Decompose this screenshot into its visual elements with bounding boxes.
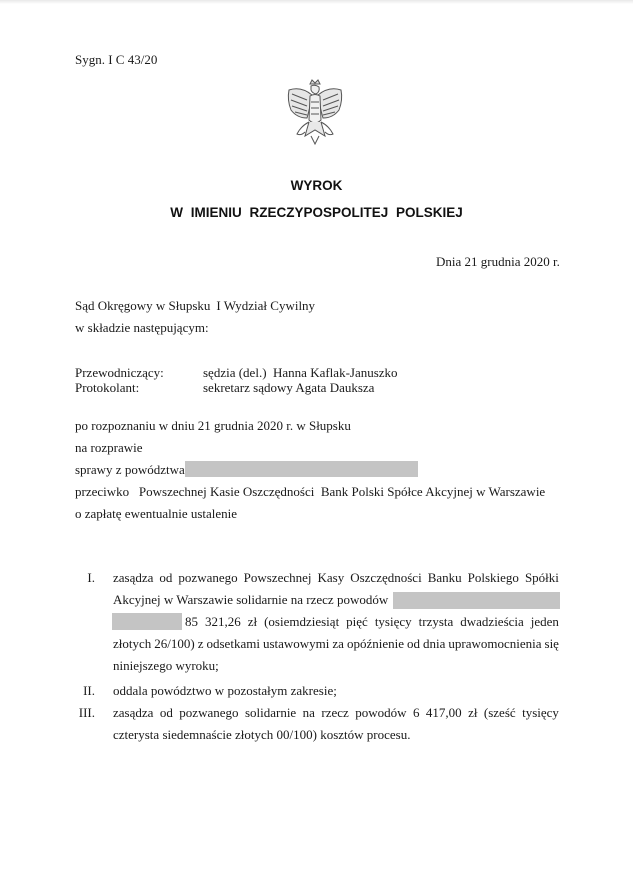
word: zł [468,705,477,721]
word: 321,26 [205,614,241,630]
composition-label: w składzie następującym: [75,320,209,336]
word: opóźnienie [347,636,404,652]
word: Banku [428,570,462,586]
word: zasądza [113,705,153,721]
word: dwadzieścia [460,614,524,630]
word: Powszechnej [244,570,312,586]
word: na [303,705,315,721]
word: odsetkami [207,636,260,652]
word: od [407,636,420,652]
defendant-line: przeciwko Powszechnej Kasie Oszczędności… [75,484,545,500]
presiding-judge-name: sędzia (del.) Hanna Kaflak-Januszko [203,365,398,381]
word: od [159,570,172,586]
word: złotych [113,636,151,652]
case-number: Sygn. I C 43/20 [75,52,157,68]
page-top-shadow [0,0,633,4]
ruling-1-line-3: 85321,26zł(osiemdziesiątpięćtysięcytrzys… [185,614,559,630]
word: zł [248,614,257,630]
word: od [160,705,173,721]
ruling-1-line-1: zasądzaodpozwanegoPowszechnejKasyOszczęd… [113,570,559,586]
word: solidarnie [245,705,296,721]
word: trzysta [419,614,454,630]
ruling-1-line-5: niniejszego wyroku; [113,658,559,674]
word: tysięcy [522,705,559,721]
word: dnia [423,636,445,652]
word: Kasy [318,570,345,586]
document-subtitle: W IMIENIU RZECZYPOSPOLITEJ POLSKIEJ [0,205,633,220]
ruling-3-line-1: zasądzaodpozwanegosolidarnienarzeczpowod… [113,705,559,721]
word: Oszczędności [350,570,421,586]
word: z [198,636,204,652]
word: Spółki [525,570,559,586]
ruling-2-numeral: II. [55,683,95,699]
word: pozwanego [179,705,238,721]
redacted-plaintiffs-names-a [393,592,560,609]
recorder-name: sekretarz sądowy Agata Dauksza [203,380,374,396]
word: rzecz [321,705,348,721]
hearing-line-3: sprawy z powództwa [75,462,185,478]
ruling-3-numeral: III. [55,705,95,721]
word: ustawowymi [263,636,329,652]
word: uprawomocnienia [448,636,541,652]
word: 26/100) [154,636,194,652]
ruling-1-numeral: I. [55,570,95,586]
word: pozwanego [178,570,237,586]
hearing-line-2: na rozprawie [75,440,143,456]
word: 85 [185,614,198,630]
word: tysięcy [375,614,412,630]
document-title: WYROK [0,178,633,193]
court-name: Sąd Okręgowy w Słupsku [75,298,210,313]
word: (osiemdziesiąt [264,614,339,630]
court-department: I Wydział Cywilny [216,298,315,313]
word: pięć [346,614,368,630]
word: powodów [355,705,406,721]
recorder-label: Protokolant: [75,380,139,396]
word: się [545,636,559,652]
court-line: Sąd Okręgowy w SłupskuI Wydział Cywilny [75,298,315,314]
word: jeden [531,614,559,630]
presiding-judge-label: Przewodniczący: [75,365,164,381]
word: (sześć [484,705,516,721]
claim-subject-line: o zapłatę ewentualnie ustalenie [75,506,237,522]
polish-eagle-emblem-icon [283,78,347,146]
ruling-3-line-2: czterysta siedemnaście złotych 00/100) k… [113,727,559,743]
word: 417,00 [426,705,462,721]
word: 6 [413,705,420,721]
hearing-line-1: po rozpoznaniu w dniu 21 grudnia 2020 r.… [75,418,351,434]
word: zasądza [113,570,153,586]
judgment-date: Dnia 21 grudnia 2020 r. [436,254,560,270]
word: Polskiego [468,570,519,586]
word: za [332,636,344,652]
redacted-plaintiffs-names-b [112,613,182,630]
redacted-plaintiff-name [185,461,418,477]
ruling-2-line-1: oddala powództwo w pozostałym zakresie; [113,683,559,699]
ruling-1-line-4: złotych26/100)zodsetkamiustawowymizaopóź… [113,636,559,652]
